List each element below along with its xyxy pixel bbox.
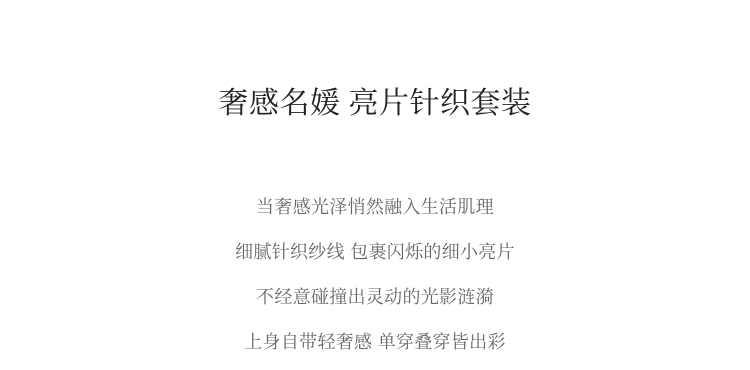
description-line-1: 当奢感光泽悄然融入生活肌理 (0, 185, 750, 230)
product-title: 奢感名媛 亮片针织套装 (0, 87, 750, 121)
description-block: 当奢感光泽悄然融入生活肌理 细腻针织纱线 包裹闪烁的细小亮片 不经意碰撞出灵动的… (0, 185, 750, 365)
product-description-section: 奢感名媛 亮片针织套装 当奢感光泽悄然融入生活肌理 细腻针织纱线 包裹闪烁的细小… (0, 0, 750, 370)
description-line-4: 上身自带轻奢感 单穿叠穿皆出彩 (0, 320, 750, 365)
description-line-3: 不经意碰撞出灵动的光影涟漪 (0, 275, 750, 320)
description-line-2: 细腻针织纱线 包裹闪烁的细小亮片 (0, 230, 750, 275)
